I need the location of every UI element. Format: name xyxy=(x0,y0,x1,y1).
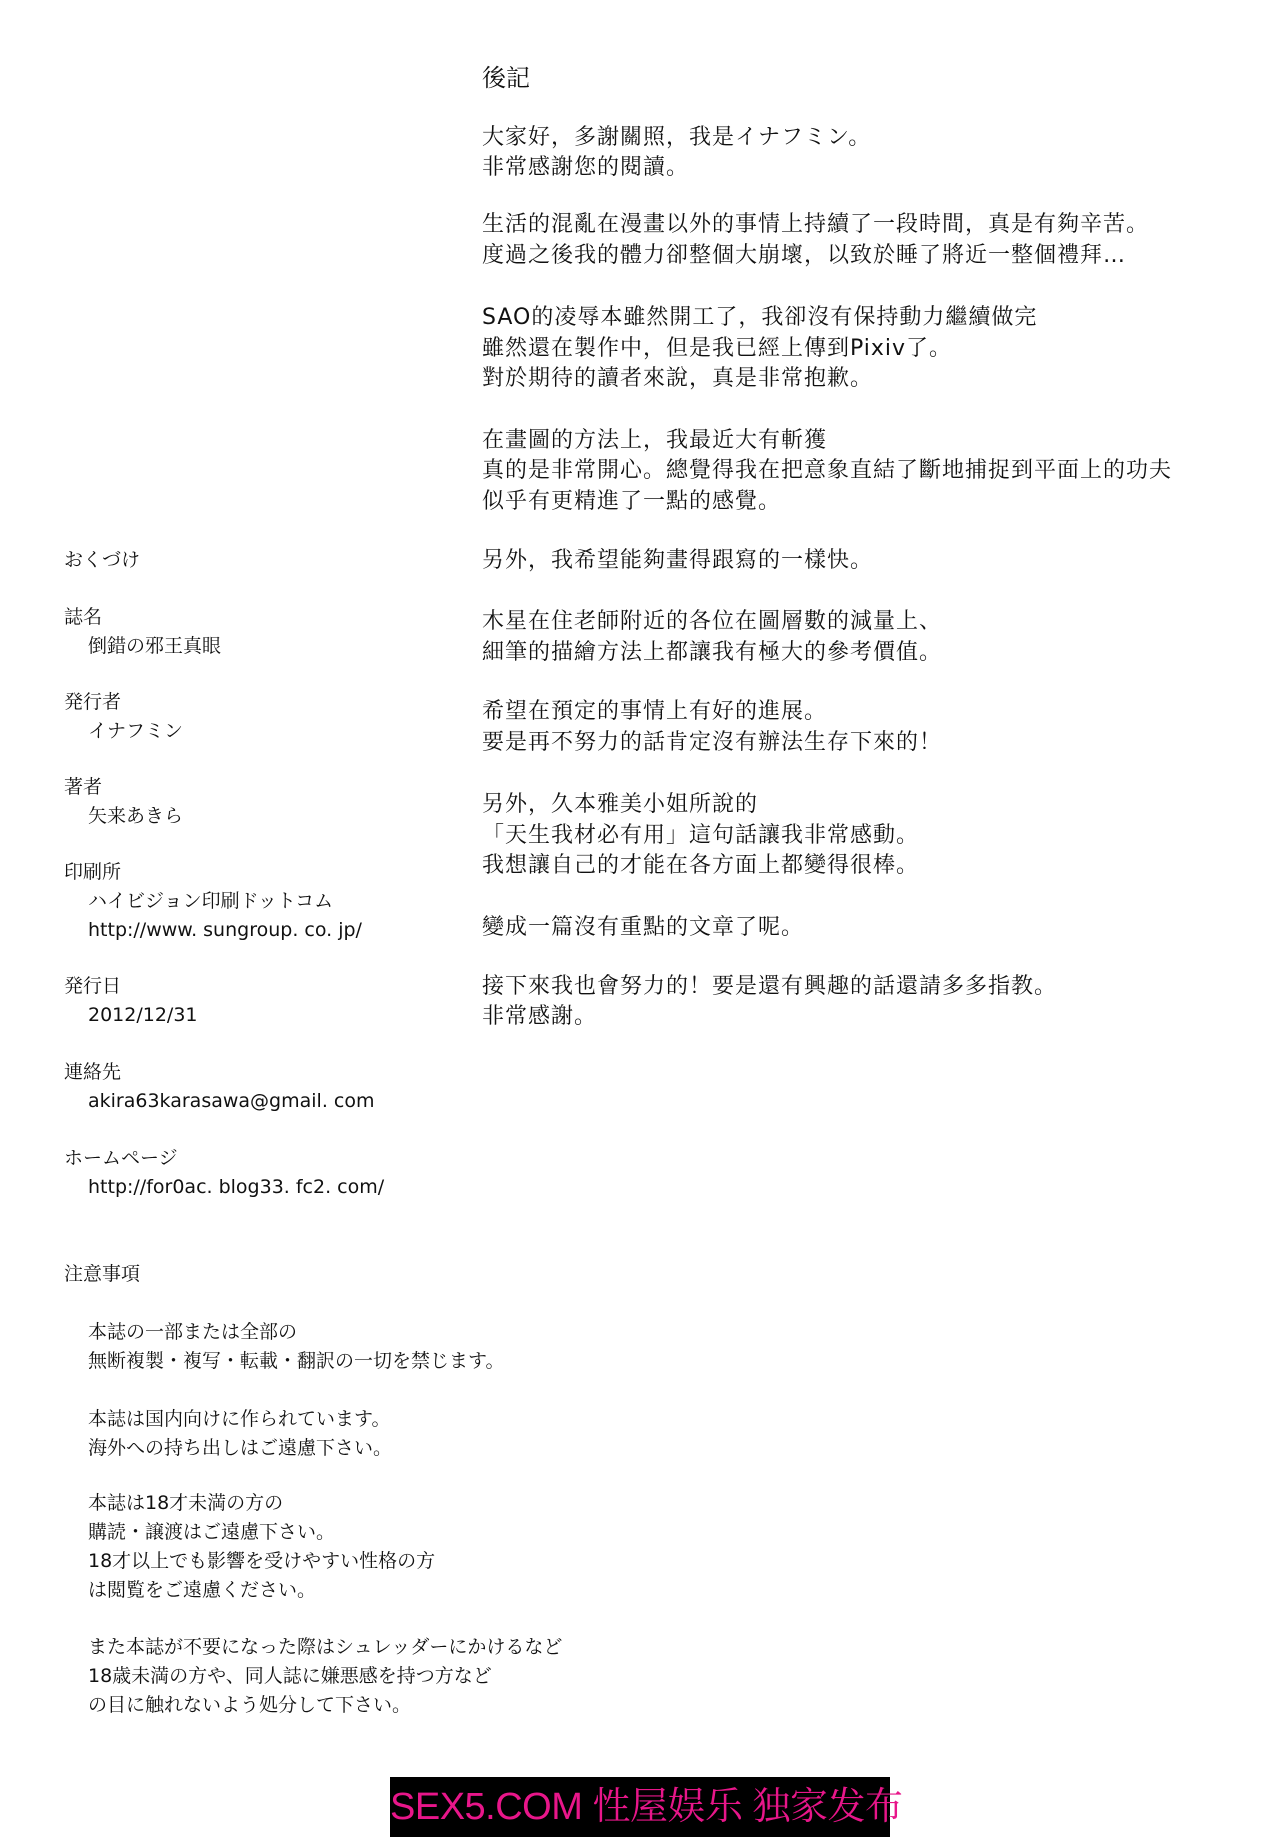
notes-line: 無断複製・複写・転載・翻訳の一切を禁じます。 xyxy=(88,1347,504,1376)
colophon-label: 印刷所 xyxy=(64,858,121,886)
notes-line: 本誌は国内向けに作られています。 xyxy=(88,1405,390,1434)
publish-date: 2012/12/31 xyxy=(88,1001,198,1029)
afterword-line: 似乎有更精進了一點的感覺。 xyxy=(482,487,781,517)
afterword-line: 接下來我也會努力的！要是還有興趣的話還請多多指教。 xyxy=(482,972,1057,1002)
afterword-line: 生活的混亂在漫畫以外的事情上持續了一段時間，真是有夠辛苦。 xyxy=(482,210,1149,240)
afterword-line: 對於期待的讀者來說，真是非常抱歉。 xyxy=(482,364,873,394)
notes-line: 18才以上でも影響を受けやすい性格の方 xyxy=(88,1547,435,1576)
afterword-line: 非常感謝。 xyxy=(482,1002,597,1032)
colophon-label: 連絡先 xyxy=(64,1058,121,1086)
afterword-line: 細筆的描繪方法上都讓我有極大的參考價值。 xyxy=(482,638,942,668)
notes-line: また本誌が不要になった際はシュレッダーにかけるなど xyxy=(88,1633,562,1662)
afterword-line: 變成一篇沒有重點的文章了呢。 xyxy=(482,913,804,943)
printer-url: http://www. sungroup. co. jp/ xyxy=(88,916,362,944)
notes-line: 本誌の一部または全部の xyxy=(88,1318,297,1347)
afterword-line: 真的是非常開心。總覺得我在把意象直結了斷地捕捉到平面上的功夫 xyxy=(482,456,1172,486)
colophon-value: 倒錯の邪王真眼 xyxy=(88,632,221,660)
afterword-line: 希望在預定的事情上有好的進展。 xyxy=(482,697,827,727)
afterword-line: 另外，我希望能夠畫得跟寫的一樣快。 xyxy=(482,546,873,576)
notes-line: 18歳未満の方や、同人誌に嫌悪感を持つ方など xyxy=(88,1662,492,1691)
notes-line: 購読・譲渡はご遠慮下さい。 xyxy=(88,1518,335,1547)
watermark-banner: SEX5.COM 性屋娱乐 独家发布 xyxy=(390,1777,890,1837)
notes-line: 海外への持ち出しはご遠慮下さい。 xyxy=(88,1434,392,1463)
colophon-label: 誌名 xyxy=(64,603,102,631)
afterword-line: 度過之後我的體力卻整個大崩壞，以致於睡了將近一整個禮拜… xyxy=(482,241,1126,271)
afterword-line: 木星在住老師附近的各位在圖層數的減量上、 xyxy=(482,607,942,637)
afterword-line: 大家好，多謝關照，我是イナフミン。 xyxy=(482,123,871,153)
afterword-line: 非常感謝您的閱讀。 xyxy=(482,153,689,183)
afterword-line: 要是再不努力的話肯定沒有辦法生存下來的！ xyxy=(482,728,942,758)
afterword-line: SAO的凌辱本雖然開工了，我卻沒有保持動力繼續做完 xyxy=(482,303,1037,333)
contact-email: akira63karasawa@gmail. com xyxy=(88,1087,374,1115)
afterword-line: 雖然還在製作中，但是我已經上傳到Pixiv了。 xyxy=(482,334,952,364)
afterword-line: 「天生我材必有用」這句話讓我非常感動。 xyxy=(482,821,919,851)
colophon-label: 発行者 xyxy=(64,688,121,716)
colophon-value: 矢来あきら xyxy=(88,802,183,830)
notes-line: の目に触れないよう処分して下さい。 xyxy=(88,1691,411,1720)
notes-line: は閲覧をご遠慮ください。 xyxy=(88,1576,316,1605)
homepage-url: http://for0ac. blog33. fc2. com/ xyxy=(88,1173,384,1201)
afterword-line: 在畫圖的方法上，我最近大有斬獲 xyxy=(482,426,827,456)
afterword-line: 我想讓自己的才能在各方面上都變得很棒。 xyxy=(482,851,919,881)
colophon-label: ホームページ xyxy=(64,1144,178,1172)
colophon-label: 発行日 xyxy=(64,972,121,1000)
colophon-value: ハイビジョン印刷ドットコム xyxy=(88,887,333,915)
notes-line: 本誌は18才未満の方の xyxy=(88,1489,283,1518)
colophon-value: イナフミン xyxy=(88,717,183,745)
notes-title: 注意事項 xyxy=(64,1260,140,1289)
colophon-title: おくづけ xyxy=(64,546,140,574)
colophon-label: 著者 xyxy=(64,773,102,801)
afterword-line: 另外，久本雅美小姐所說的 xyxy=(482,790,758,820)
afterword-title: 後記 xyxy=(482,58,530,93)
